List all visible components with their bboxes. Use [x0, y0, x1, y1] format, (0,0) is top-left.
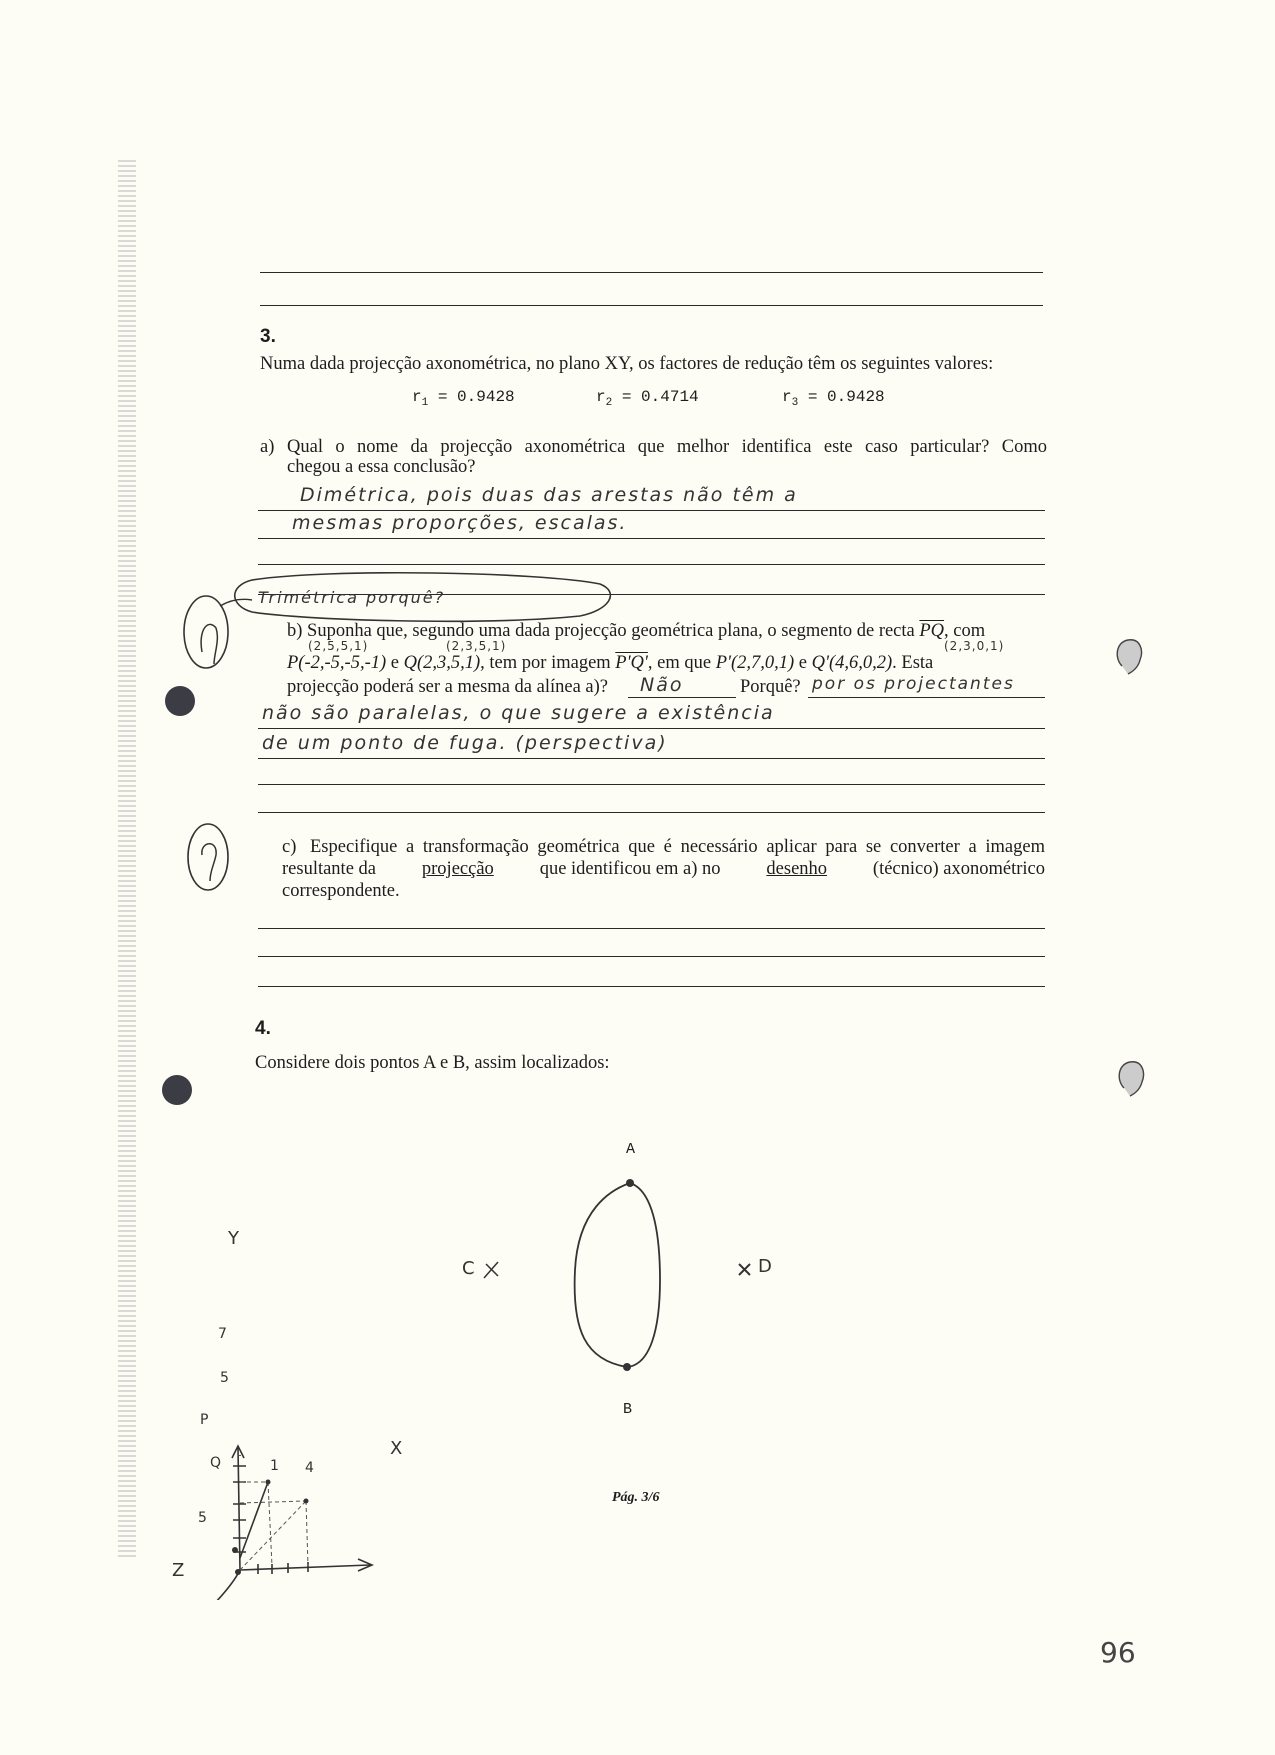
- p-point-label: P: [200, 1412, 208, 1428]
- part-b-question-line1: b) Suponha que, segundo uma dada projecç…: [287, 620, 1047, 642]
- grader-note-trimetrica: Trimétrica porquê?: [258, 588, 445, 607]
- question-4-number: 4.: [255, 1018, 271, 1040]
- tick-7-label: 7: [218, 1326, 227, 1342]
- part-a-answer-line1: Dimétrica, pois duas das arestas não têm…: [300, 484, 1040, 506]
- part-a-question-line1: Qual o nome da projecção axonométrica qu…: [287, 436, 1047, 458]
- axes-sketch: [140, 1220, 420, 1600]
- q-prime-annotation: (2,3,0,1): [944, 639, 1004, 653]
- point-d-label: D: [758, 1256, 772, 1277]
- handwritten-page-number: 96: [1100, 1636, 1136, 1669]
- tick-5-y-label: 5: [220, 1370, 229, 1386]
- answer-line: [260, 272, 1043, 273]
- part-c-question-line1: Especifique a transformação geométrica q…: [310, 836, 1045, 858]
- part-c-question-line3: correspondente.: [282, 880, 400, 902]
- answer-line: [258, 812, 1045, 813]
- answer-line: [258, 986, 1045, 987]
- margin-scribble: [1112, 636, 1146, 680]
- page-footer: Pág. 3/6: [612, 1490, 659, 1506]
- x-axis-label: X: [390, 1438, 402, 1459]
- point-c-label: C: [462, 1258, 475, 1279]
- answer-line: [258, 728, 1045, 729]
- part-c-label: c): [282, 836, 296, 858]
- punch-hole: [162, 1075, 192, 1105]
- part-a-question-line2: chegou a essa conclusão?: [287, 456, 476, 478]
- y-axis-label: Y: [228, 1228, 239, 1249]
- tick-4-x-label: 4: [305, 1460, 314, 1476]
- part-c-question-line2: resultante da projecção que identificou …: [282, 858, 1045, 880]
- part-b-answer-why1: por os projectantes: [812, 674, 1015, 694]
- question-3-statement: Numa dada projecção axonométrica, no pla…: [260, 353, 993, 375]
- factor-r1: r1 = 0.9428: [412, 388, 515, 409]
- grader-question-mark-circle: [182, 815, 242, 895]
- part-a-answer-line2: mesmas proporções, escalas.: [292, 512, 627, 534]
- part-b-answer-why3: de um ponto de fuga. (perspectiva): [262, 732, 668, 754]
- point-c-cross: [480, 1258, 504, 1282]
- answer-line: [258, 928, 1045, 929]
- answer-line: [258, 538, 1045, 539]
- part-a-label: a): [260, 436, 274, 458]
- answer-line: [258, 784, 1045, 785]
- margin-scribble: [1114, 1058, 1148, 1102]
- answer-line: [258, 956, 1045, 957]
- part-b-why-label: Porquê?: [740, 676, 801, 698]
- factor-r3: r3 = 0.9428: [782, 388, 885, 409]
- point-d-cross: [737, 1262, 753, 1278]
- answer-line: [260, 305, 1043, 306]
- tick-5-z-label: 5: [198, 1510, 207, 1526]
- answer-line: [628, 697, 736, 698]
- part-b-answer-no: Não: [640, 674, 683, 696]
- point-b-label: B: [623, 1401, 632, 1418]
- part-b-question-line3: projecção poderá ser a mesma da alínea a…: [287, 676, 608, 698]
- scan-binding-edge: [118, 160, 136, 1560]
- answer-line: [258, 564, 1045, 565]
- part-b-question-line2: P(-2,-5,-5,-1) e Q(2,3,5,1), tem por ima…: [287, 652, 1047, 674]
- point-b-marker: [623, 1363, 631, 1371]
- point-a-marker: [626, 1179, 634, 1187]
- answer-line: [258, 510, 1045, 511]
- part-b-answer-why2: não são paralelas, o que sugere a existê…: [262, 702, 775, 724]
- question-4-statement: Considere dois pontos A e B, assim local…: [255, 1052, 610, 1074]
- answer-line: [808, 697, 1045, 698]
- answer-line: [258, 758, 1045, 759]
- factor-r2: r2 = 0.4714: [596, 388, 699, 409]
- origin-label: Q: [210, 1455, 221, 1471]
- point-a-label: A: [626, 1141, 635, 1158]
- question-3-number: 3.: [260, 326, 276, 348]
- z-axis-label: Z: [172, 1560, 184, 1581]
- q-annotation: (2,3,5,1): [446, 639, 506, 653]
- ellipse-figure: [560, 1170, 670, 1390]
- p-annotation: (2,5,5,1): [308, 639, 368, 653]
- tick-1-x-label: 1: [270, 1458, 279, 1474]
